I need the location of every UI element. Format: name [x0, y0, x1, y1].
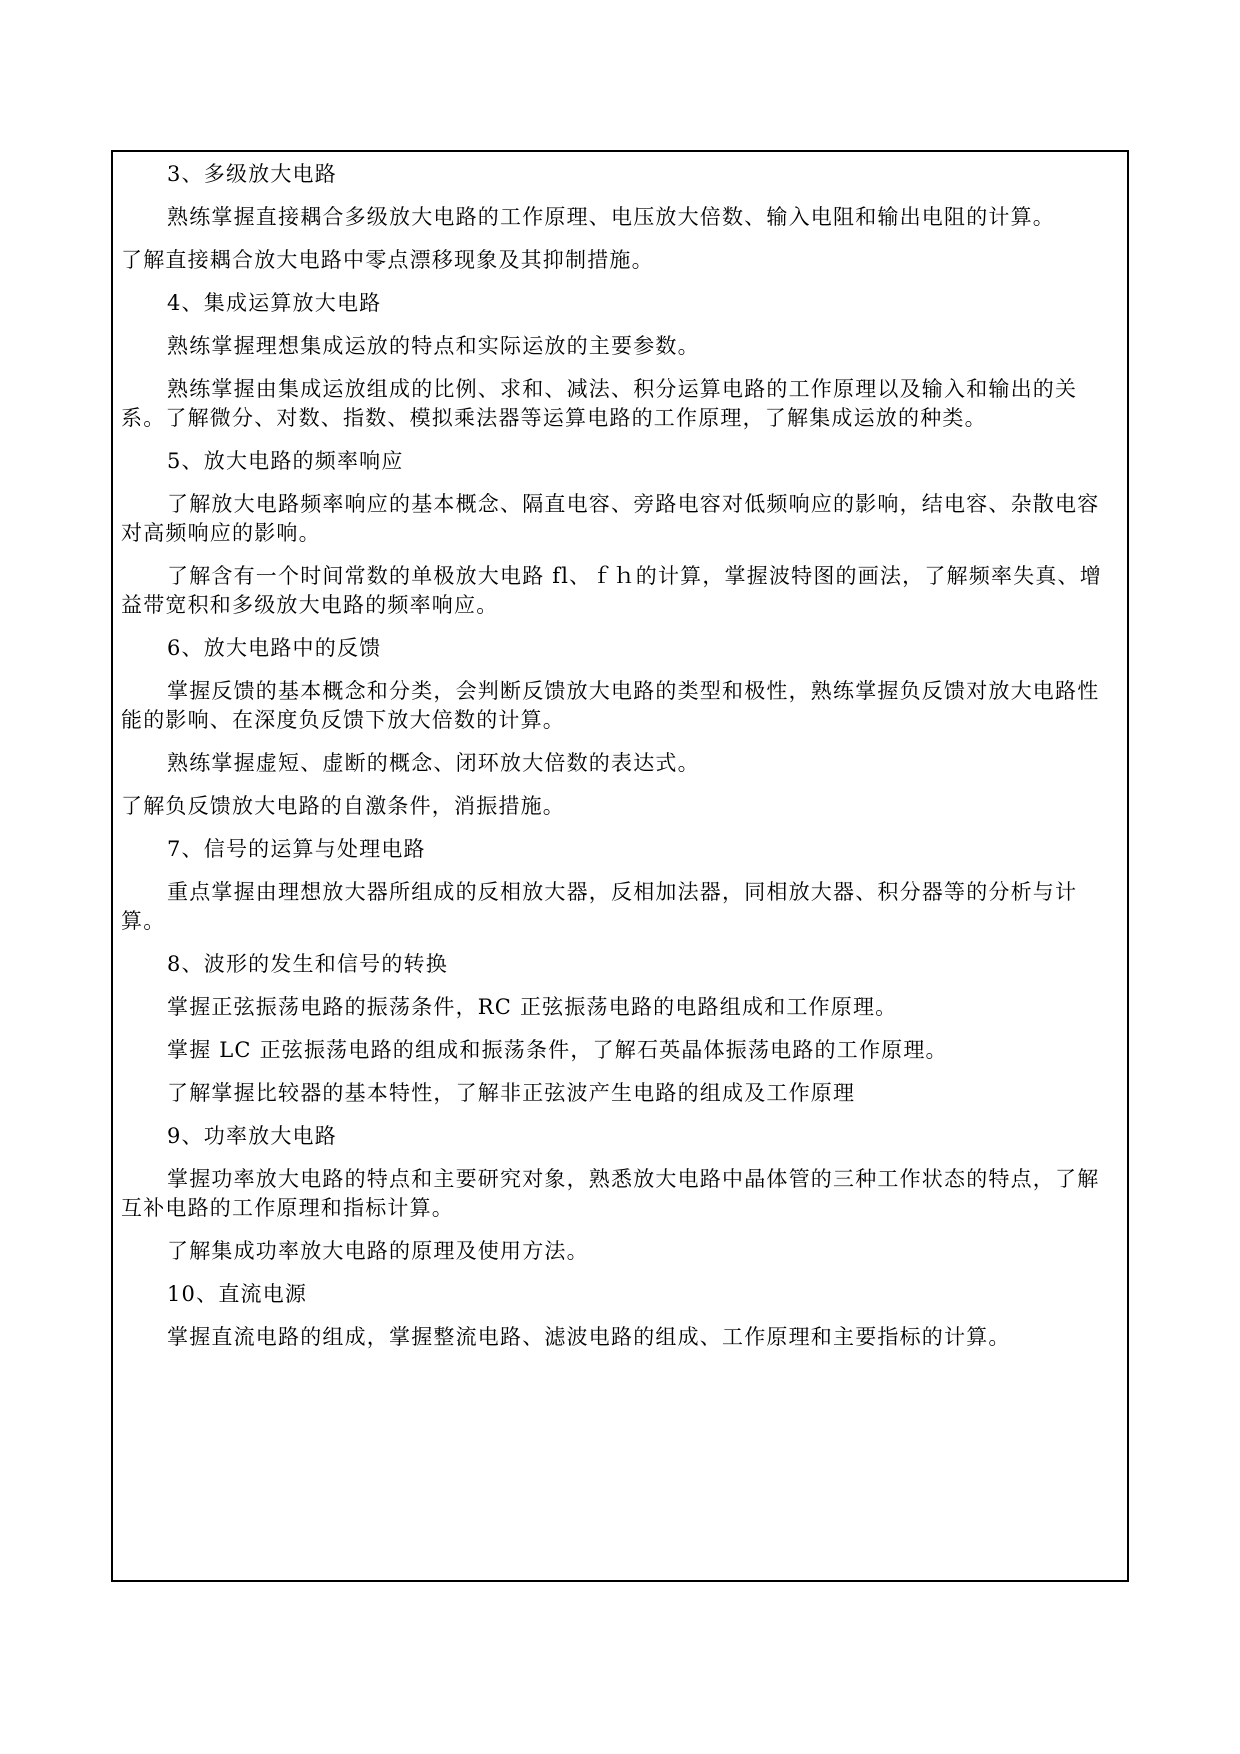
paragraph: 掌握功率放大电路的特点和主要研究对象，熟悉放大电路中晶体管的三种工作状态的特点，…	[121, 1151, 1119, 1223]
section-heading-8: 8、波形的发生和信号的转换	[121, 936, 1119, 979]
paragraph: 了解直接耦合放大电路中零点漂移现象及其抑制措施。	[121, 232, 1119, 275]
paragraph: 重点掌握由理想放大器所组成的反相放大器，反相加法器，同相放大器、积分器等的分析与…	[121, 864, 1119, 936]
paragraph: 了解含有一个时间常数的单极放大电路 fl、ｆｈ的计算，掌握波特图的画法，了解频率…	[121, 548, 1119, 620]
section-heading-10: 10、直流电源	[121, 1266, 1119, 1309]
section-heading-5: 5、放大电路的频率响应	[121, 433, 1119, 476]
section-heading-4: 4、集成运算放大电路	[121, 275, 1119, 318]
paragraph: 了解掌握比较器的基本特性，了解非正弦波产生电路的组成及工作原理	[121, 1065, 1119, 1108]
paragraph: 了解负反馈放大电路的自激条件，消振措施。	[121, 778, 1119, 821]
content-frame: 3、多级放大电路 熟练掌握直接耦合多级放大电路的工作原理、电压放大倍数、输入电阻…	[111, 150, 1129, 1582]
paragraph: 掌握反馈的基本概念和分类，会判断反馈放大电路的类型和极性，熟练掌握负反馈对放大电…	[121, 663, 1119, 735]
paragraph: 了解集成功率放大电路的原理及使用方法。	[121, 1223, 1119, 1266]
paragraph: 掌握正弦振荡电路的振荡条件，RC 正弦振荡电路的电路组成和工作原理。	[121, 979, 1119, 1022]
paragraph: 熟练掌握由集成运放组成的比例、求和、减法、积分运算电路的工作原理以及输入和输出的…	[121, 361, 1119, 433]
paragraph: 熟练掌握直接耦合多级放大电路的工作原理、电压放大倍数、输入电阻和输出电阻的计算。	[121, 189, 1119, 232]
paragraph: 掌握直流电路的组成，掌握整流电路、滤波电路的组成、工作原理和主要指标的计算。	[121, 1309, 1119, 1352]
paragraph: 熟练掌握虚短、虚断的概念、闭环放大倍数的表达式。	[121, 735, 1119, 778]
section-heading-7: 7、信号的运算与处理电路	[121, 821, 1119, 864]
paragraph: 掌握 LC 正弦振荡电路的组成和振荡条件，了解石英晶体振荡电路的工作原理。	[121, 1022, 1119, 1065]
section-heading-6: 6、放大电路中的反馈	[121, 620, 1119, 663]
section-heading-9: 9、功率放大电路	[121, 1108, 1119, 1151]
paragraph: 熟练掌握理想集成运放的特点和实际运放的主要参数。	[121, 318, 1119, 361]
paragraph: 了解放大电路频率响应的基本概念、隔直电容、旁路电容对低频响应的影响，结电容、杂散…	[121, 476, 1119, 548]
section-heading-3: 3、多级放大电路	[121, 160, 1119, 189]
document-body: 3、多级放大电路 熟练掌握直接耦合多级放大电路的工作原理、电压放大倍数、输入电阻…	[121, 160, 1119, 1352]
